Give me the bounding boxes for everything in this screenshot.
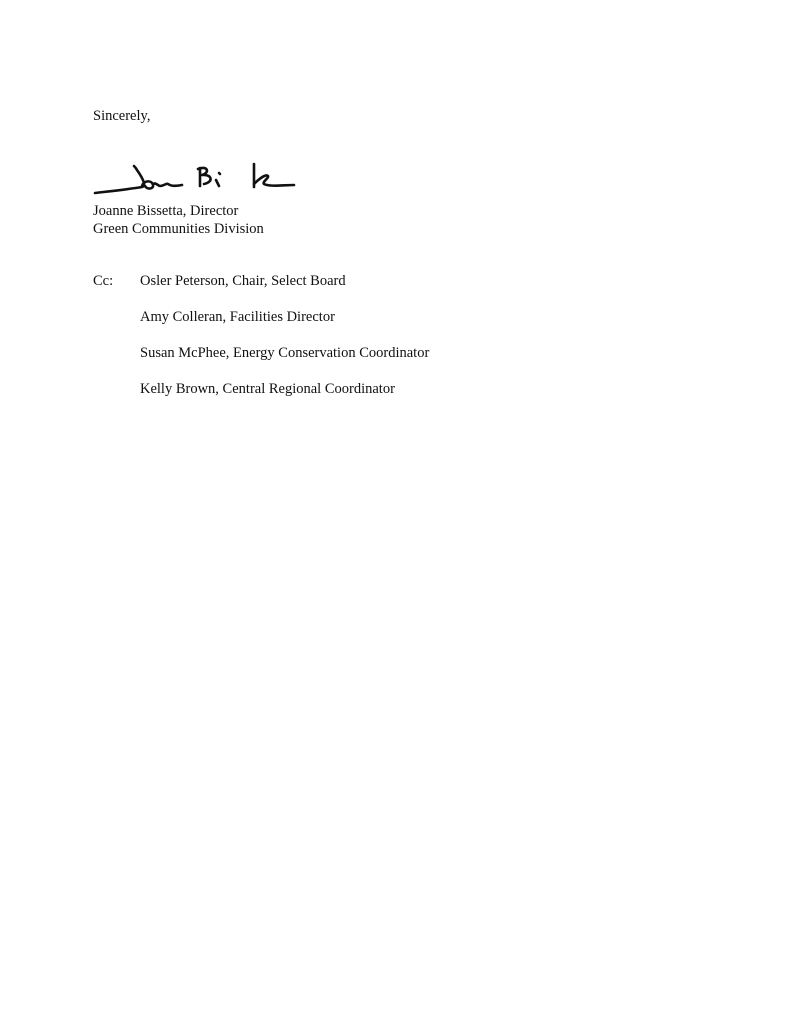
signature-icon [92, 160, 302, 202]
letter-page: Sincerely, Joanne Bissetta [0, 0, 792, 1024]
cc-recipient: Amy Colleran, Facilities Director [140, 309, 429, 345]
cc-recipient: Osler Peterson, Chair, Select Board [140, 273, 429, 309]
cc-recipient: Kelly Brown, Central Regional Coordinato… [140, 381, 429, 417]
closing-text: Sincerely, [93, 108, 150, 125]
signer-block: Joanne Bissetta, Director Green Communit… [93, 202, 264, 238]
cc-label: Cc: [93, 273, 113, 290]
signer-name-title: Joanne Bissetta, Director [93, 202, 264, 220]
signer-division: Green Communities Division [93, 220, 264, 238]
cc-recipient: Susan McPhee, Energy Conservation Coordi… [140, 345, 429, 381]
cc-recipient-list: Osler Peterson, Chair, Select Board Amy … [140, 273, 429, 417]
